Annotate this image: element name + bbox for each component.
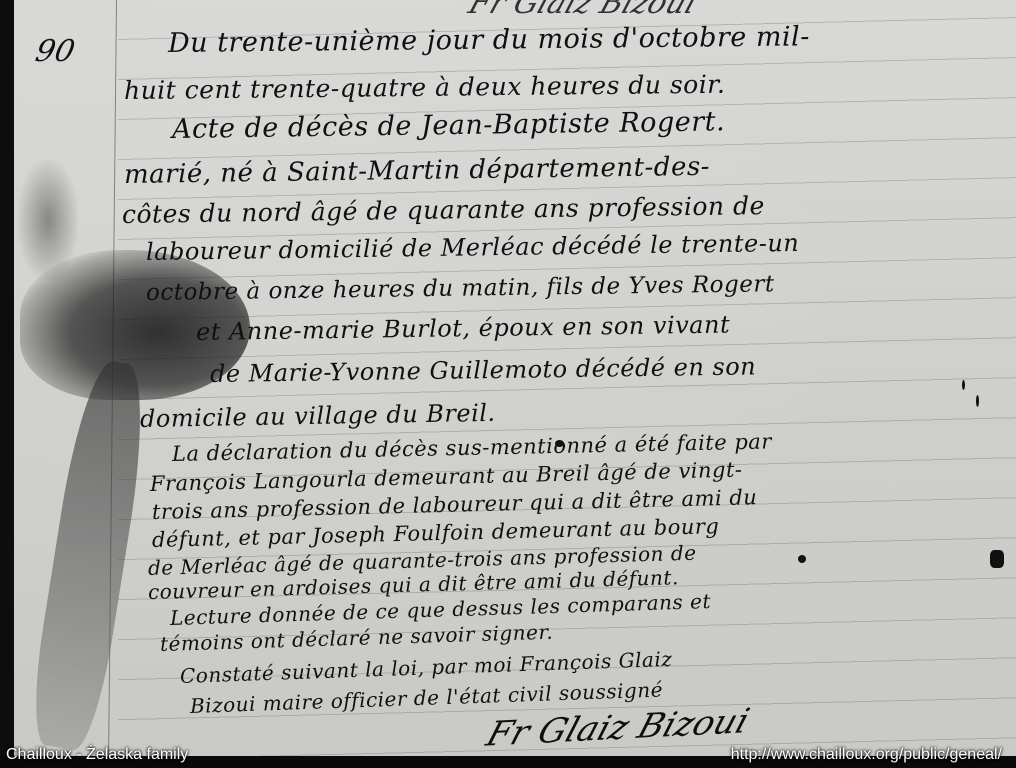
ink-speck: [962, 380, 965, 390]
entry-number: 90: [32, 34, 78, 69]
family-caption: Chailloux - Żelaska family: [6, 746, 188, 764]
scanned-document-page: Fr Glaiz Bizoui 90 Du trente-unième jour…: [0, 0, 1016, 768]
ink-speck: [555, 440, 564, 447]
page-binding-edge: [0, 0, 14, 768]
ink-speck: [798, 555, 806, 563]
ink-stain-top: [18, 160, 78, 280]
ink-speck: [990, 550, 1004, 568]
source-url-caption: http://www.chailloux.org/public/geneal/: [731, 746, 1002, 764]
previous-entry-signature: Fr Glaiz Bizoui: [464, 0, 701, 21]
margin-line: [108, 0, 117, 768]
ink-speck: [976, 395, 979, 407]
